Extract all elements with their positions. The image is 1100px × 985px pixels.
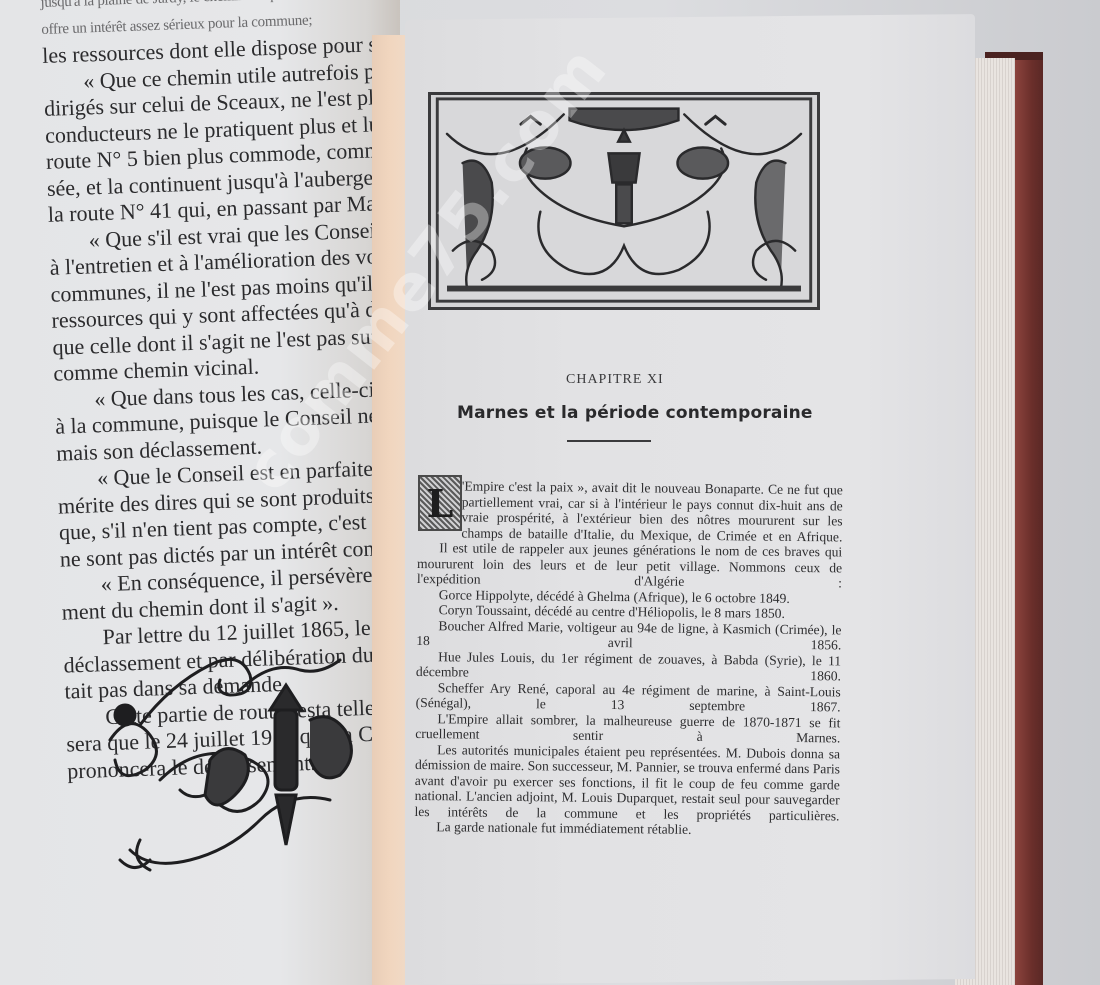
paragraph: Il est utile de rappeler aux jeunes géné… <box>417 540 842 591</box>
left-page: jusqu'à la plaine de Jardy, le chemin en… <box>0 0 400 985</box>
paragraph: Boucher Alfred Marie, voltigeur au 94e d… <box>416 617 841 652</box>
chapter-number: CHAPITRE XI <box>566 372 664 388</box>
paragraph: 'Empire c'est la paix », avait dit le no… <box>417 478 843 544</box>
right-page-text: 'Empire c'est la paix », avait dit le no… <box>414 478 843 839</box>
chapter-rule-divider <box>567 440 651 442</box>
tailpiece-ornament-icon <box>100 650 380 890</box>
headpiece-ornament-icon <box>428 92 820 310</box>
paragraph: Hue Jules Louis, du 1er régiment de zoua… <box>416 648 841 683</box>
paragraph: Les autorités municipales étaient peu re… <box>414 741 840 823</box>
chapter-title: Marnes et la période contemporaine <box>457 403 813 423</box>
paragraph: L'Empire allait sombrer, la malheureuse … <box>415 710 840 745</box>
paragraph: Scheffer Ary René, caporal au 4e régimen… <box>416 679 841 714</box>
